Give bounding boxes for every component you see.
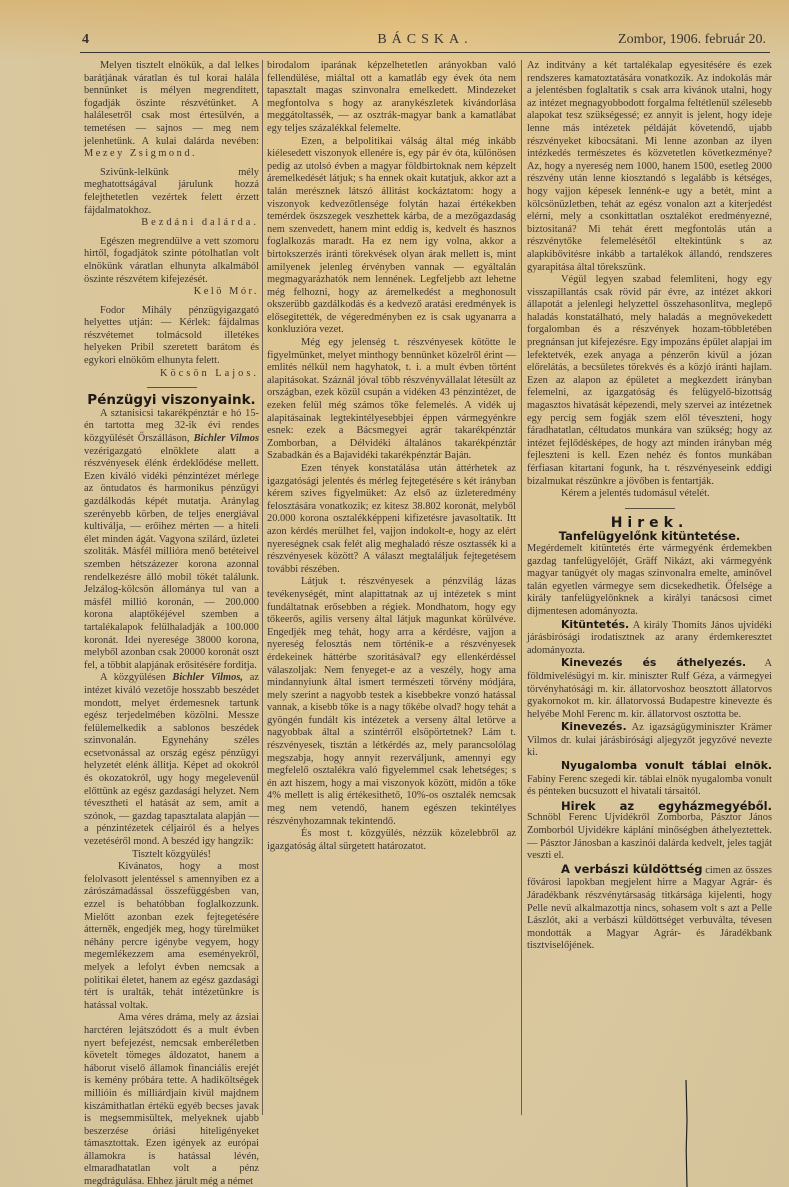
condolence-paragraph: Fodor Mihály pénzügyigazgató helyettes u… xyxy=(84,305,259,368)
news-item: Schnöbl Ferenc Ujvidékről Zomborba, Pász… xyxy=(527,812,772,862)
signature: Bezdáni dalárda. xyxy=(84,217,259,230)
article-title: Pénzügyi viszonyaink. xyxy=(84,394,259,407)
article-paragraph: birodalom iparának képzelhetetlen arányo… xyxy=(267,60,516,136)
condolence-paragraph: Szivünk-lelkünk mély meghatottságával já… xyxy=(84,167,259,217)
article-paragraph: A közgyülésen Bichler Vilmos, az intézet… xyxy=(84,672,259,848)
paper-crease xyxy=(685,1080,688,1187)
column-divider xyxy=(262,60,263,1115)
column-2: birodalom iparának képzelhetetlen arányo… xyxy=(267,60,516,853)
news-headline: Hirek az egyházmegyéből. xyxy=(527,800,772,813)
article-paragraph: A sztanisicsi takarékpénztár e hó 15-én … xyxy=(84,408,259,672)
news-item: A verbászi küldöttség cimen az összes fő… xyxy=(527,863,772,953)
column-3: Az inditvány a két tartalékalap egyesité… xyxy=(527,60,772,953)
condolence-paragraph: Egészen megrendülve a vett szomoru hirtő… xyxy=(84,236,259,286)
article-paragraph: Kivánatos, hogy a most felolvasott jelen… xyxy=(84,861,259,1012)
section-separator xyxy=(147,387,197,388)
page-header: 4 BÁCSKA. Zombor, 1906. február 20. xyxy=(80,29,770,51)
news-headline: Kinevezés. xyxy=(561,720,627,733)
closing-line: Kérem a jelentés tudomásul vételét. xyxy=(527,488,772,501)
condolence-paragraph: Melyen tisztelt elnökük, a dal lelkes ba… xyxy=(84,60,259,161)
signature: Kelö Mór. xyxy=(178,286,259,299)
article-paragraph: Végül legyen szabad felemliteni, hogy eg… xyxy=(527,274,772,488)
article-paragraph: Ama véres dráma, mely az ázsiai harctére… xyxy=(84,1012,259,1187)
news-item: Kitüntetés. A király Thomits János ujvid… xyxy=(527,619,772,658)
person-name: Bichler Vilmos, xyxy=(172,672,243,683)
news-headline: Kitüntetés. xyxy=(561,618,629,631)
news-headline: Nyugalomba vonult táblai elnök. xyxy=(561,759,772,772)
news-headline: Tanfelügyelőnk kitüntetése. xyxy=(527,530,772,543)
news-headline: A verbászi küldöttség xyxy=(561,862,702,876)
article-paragraph: Ezen, a belpolitikai válság által még in… xyxy=(267,136,516,338)
article-paragraph: Ezen tények konstatálása után áttérhetek… xyxy=(267,463,516,576)
news-item: Kinevezés. Az igazságügyminiszter Krämer… xyxy=(527,721,772,760)
salutation: Tisztelt közgyülés! xyxy=(84,849,259,862)
signature: Mezey Zsigmond. xyxy=(84,148,197,159)
column-1: Melyen tisztelt elnökük, a dal lelkes ba… xyxy=(84,60,259,1187)
news-item: Megérdemelt kitüntetés érte vármegyénk é… xyxy=(527,543,772,619)
article-paragraph: Még egy jelenség t. részvényesek kötötte… xyxy=(267,337,516,463)
column-divider xyxy=(521,60,522,1115)
signature: Köcsön Lajos. xyxy=(84,368,259,381)
person-name: Bichler Vilmos xyxy=(194,433,259,444)
article-paragraph: És most t. közgyülés, nézzük közelebbről… xyxy=(267,828,516,853)
article-paragraph: Az inditvány a két tartalékalap egyesité… xyxy=(527,60,772,274)
news-item: Nyugalomba vonult táblai elnök. Fabiny F… xyxy=(527,760,772,799)
issue-date: Zombor, 1906. február 20. xyxy=(618,32,766,48)
article-paragraph: Látjuk t. részvényesek a pénzvilág lázas… xyxy=(267,576,516,828)
news-section-title: Hirek. xyxy=(527,517,772,530)
news-headline: Kinevezés és áthelyezés. xyxy=(561,656,746,669)
header-rule xyxy=(80,52,770,53)
news-item: Kinevezés és áthelyezés. A földmivelésüg… xyxy=(527,657,772,721)
section-separator xyxy=(625,508,675,509)
